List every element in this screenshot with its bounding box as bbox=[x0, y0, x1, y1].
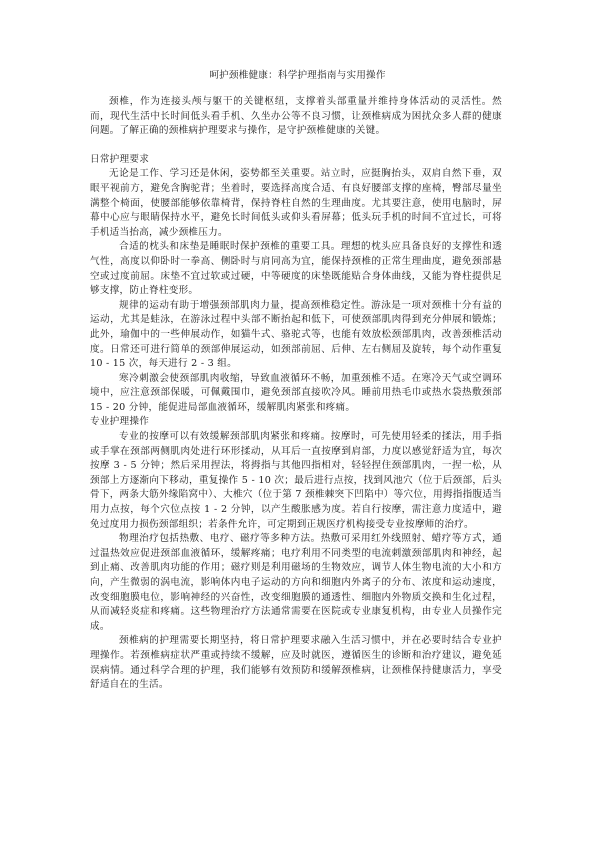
paragraph-posture: 无论是工作、学习还是休闲，姿势都至关重要。站立时，应挺胸抬头，双肩自然下垂，双眼… bbox=[90, 167, 502, 240]
document-body: 颈椎，作为连接头颅与躯干的关键枢纽，支撑着头部重量并维持身体活动的灵活性。然而，… bbox=[90, 95, 502, 693]
section-heading-daily-care: 日常护理要求 bbox=[90, 153, 502, 168]
paragraph-keep-warm: 寒冷刺激会使颈部肌肉收缩，导致血液循环不畅，加重颈椎不适。在寒冷天气或空调环境中… bbox=[90, 372, 502, 416]
paragraph-pillow-mattress: 合适的枕头和床垫是睡眠时保护颈椎的重要工具。理想的枕头应具备良好的支撑性和透气性… bbox=[90, 240, 502, 298]
paragraph-massage: 专业的按摩可以有效缓解颈部肌肉紧张和疼痛。按摩时，可先使用轻柔的揉法，用手指或手… bbox=[90, 430, 502, 532]
paragraph-conclusion: 颈椎病的护理需要长期坚持，将日常护理要求融入生活习惯中，并在必要时结合专业护理操… bbox=[90, 634, 502, 692]
document-title: 呵护颈椎健康：科学护理指南与实用操作 bbox=[0, 70, 595, 82]
document-page: 呵护颈椎健康：科学护理指南与实用操作 颈椎，作为连接头颅与躯干的关键枢纽，支撑着… bbox=[0, 0, 595, 841]
section-heading-professional-care: 专业护理操作 bbox=[90, 415, 502, 430]
paragraph-exercise: 规律的运动有助于增强颈部肌肉力量，提高颈椎稳定性。游泳是一项对颈椎十分有益的运动… bbox=[90, 299, 502, 372]
paragraph-physical-therapy: 物理治疗包括热敷、电疗、磁疗等多种方法。热敷可采用红外线照射、蜡疗等方式，通过温… bbox=[90, 532, 502, 634]
spacer bbox=[90, 139, 502, 153]
intro-paragraph: 颈椎，作为连接头颅与躯干的关键枢纽，支撑着头部重量并维持身体活动的灵活性。然而，… bbox=[90, 95, 502, 139]
